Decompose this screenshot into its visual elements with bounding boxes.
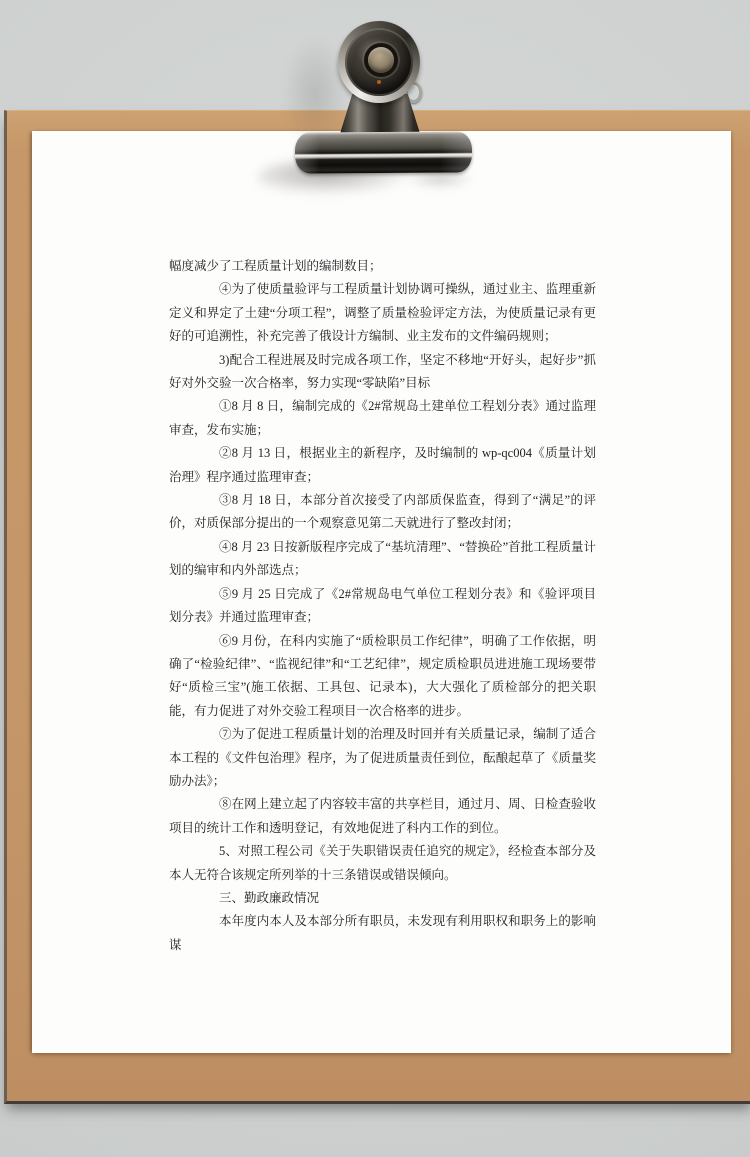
clip-glint <box>377 80 381 84</box>
paragraph: ⑤9 月 25 日完成了《2#常规岛电气单位工程划分表》和《验评项目划分表》并通… <box>169 583 596 630</box>
paper-sheet: 幅度减少了工程质量计划的编制数目；④为了使质量验评与工程质量计划协调可操纵，通过… <box>32 131 731 1053</box>
paragraph: 本年度内本人及本部分所有职员，未发现有利用职权和职务上的影响谋 <box>169 910 596 957</box>
paragraph: 三、勤政廉政情况 <box>169 887 596 910</box>
photo-scene: 幅度减少了工程质量计划的编制数目；④为了使质量验评与工程质量计划协调可操纵，通过… <box>0 0 750 1157</box>
document-text: 幅度减少了工程质量计划的编制数目；④为了使质量验评与工程质量计划协调可操纵，通过… <box>169 255 596 957</box>
paragraph: 5、对照工程公司《关于失职错误责任追究的规定》，经检查本部分及本人无符合该规定所… <box>169 840 596 887</box>
clip-bottom-bar <box>295 131 472 173</box>
paragraph: ①8 月 8 日，编制完成的《2#常规岛土建单位工程划分表》通过监理审查，发布实… <box>169 395 596 442</box>
paragraph: ②8 月 13 日，根据业主的新程序，及时编制的 wp-qc004《质量计划治理… <box>169 442 596 489</box>
paragraph: ④8 月 23 日按新版程序完成了“基坑清理”、“替换砼”首批工程质量计划的编审… <box>169 536 596 583</box>
clip-bar-sheen <box>295 131 472 173</box>
clipboard-board: 幅度减少了工程质量计划的编制数目；④为了使质量验评与工程质量计划协调可操纵，通过… <box>4 110 750 1104</box>
paragraph: ⑥9 月份，在科内实施了“质检职员工作纪律”，明确了工作依据，明确了“检验纪律”… <box>169 630 596 724</box>
paragraph: 3)配合工程进展及时完成各项工作，坚定不移地“开好头，起好步”抓好对外交验一次合… <box>169 349 596 396</box>
paragraph: 幅度减少了工程质量计划的编制数目； <box>169 255 596 278</box>
paragraph: ④为了使质量验评与工程质量计划协调可操纵，通过业主、监理重新定义和界定了土建“分… <box>169 278 596 348</box>
paragraph: ⑧在网上建立起了内容较丰富的共享栏目，通过月、周、日检查验收项目的统计工作和透明… <box>169 793 596 840</box>
paragraph: ③8 月 18 日，本部分首次接受了内部质保监查，得到了“满足”的评价，对质保部… <box>169 489 596 536</box>
paragraph: ⑦为了促进工程质量计划的治理及时回并有关质量记录，编制了适合本工程的《文件包治理… <box>169 723 596 793</box>
clip-knob-hole <box>368 47 394 73</box>
binder-clip-icon <box>265 16 495 196</box>
